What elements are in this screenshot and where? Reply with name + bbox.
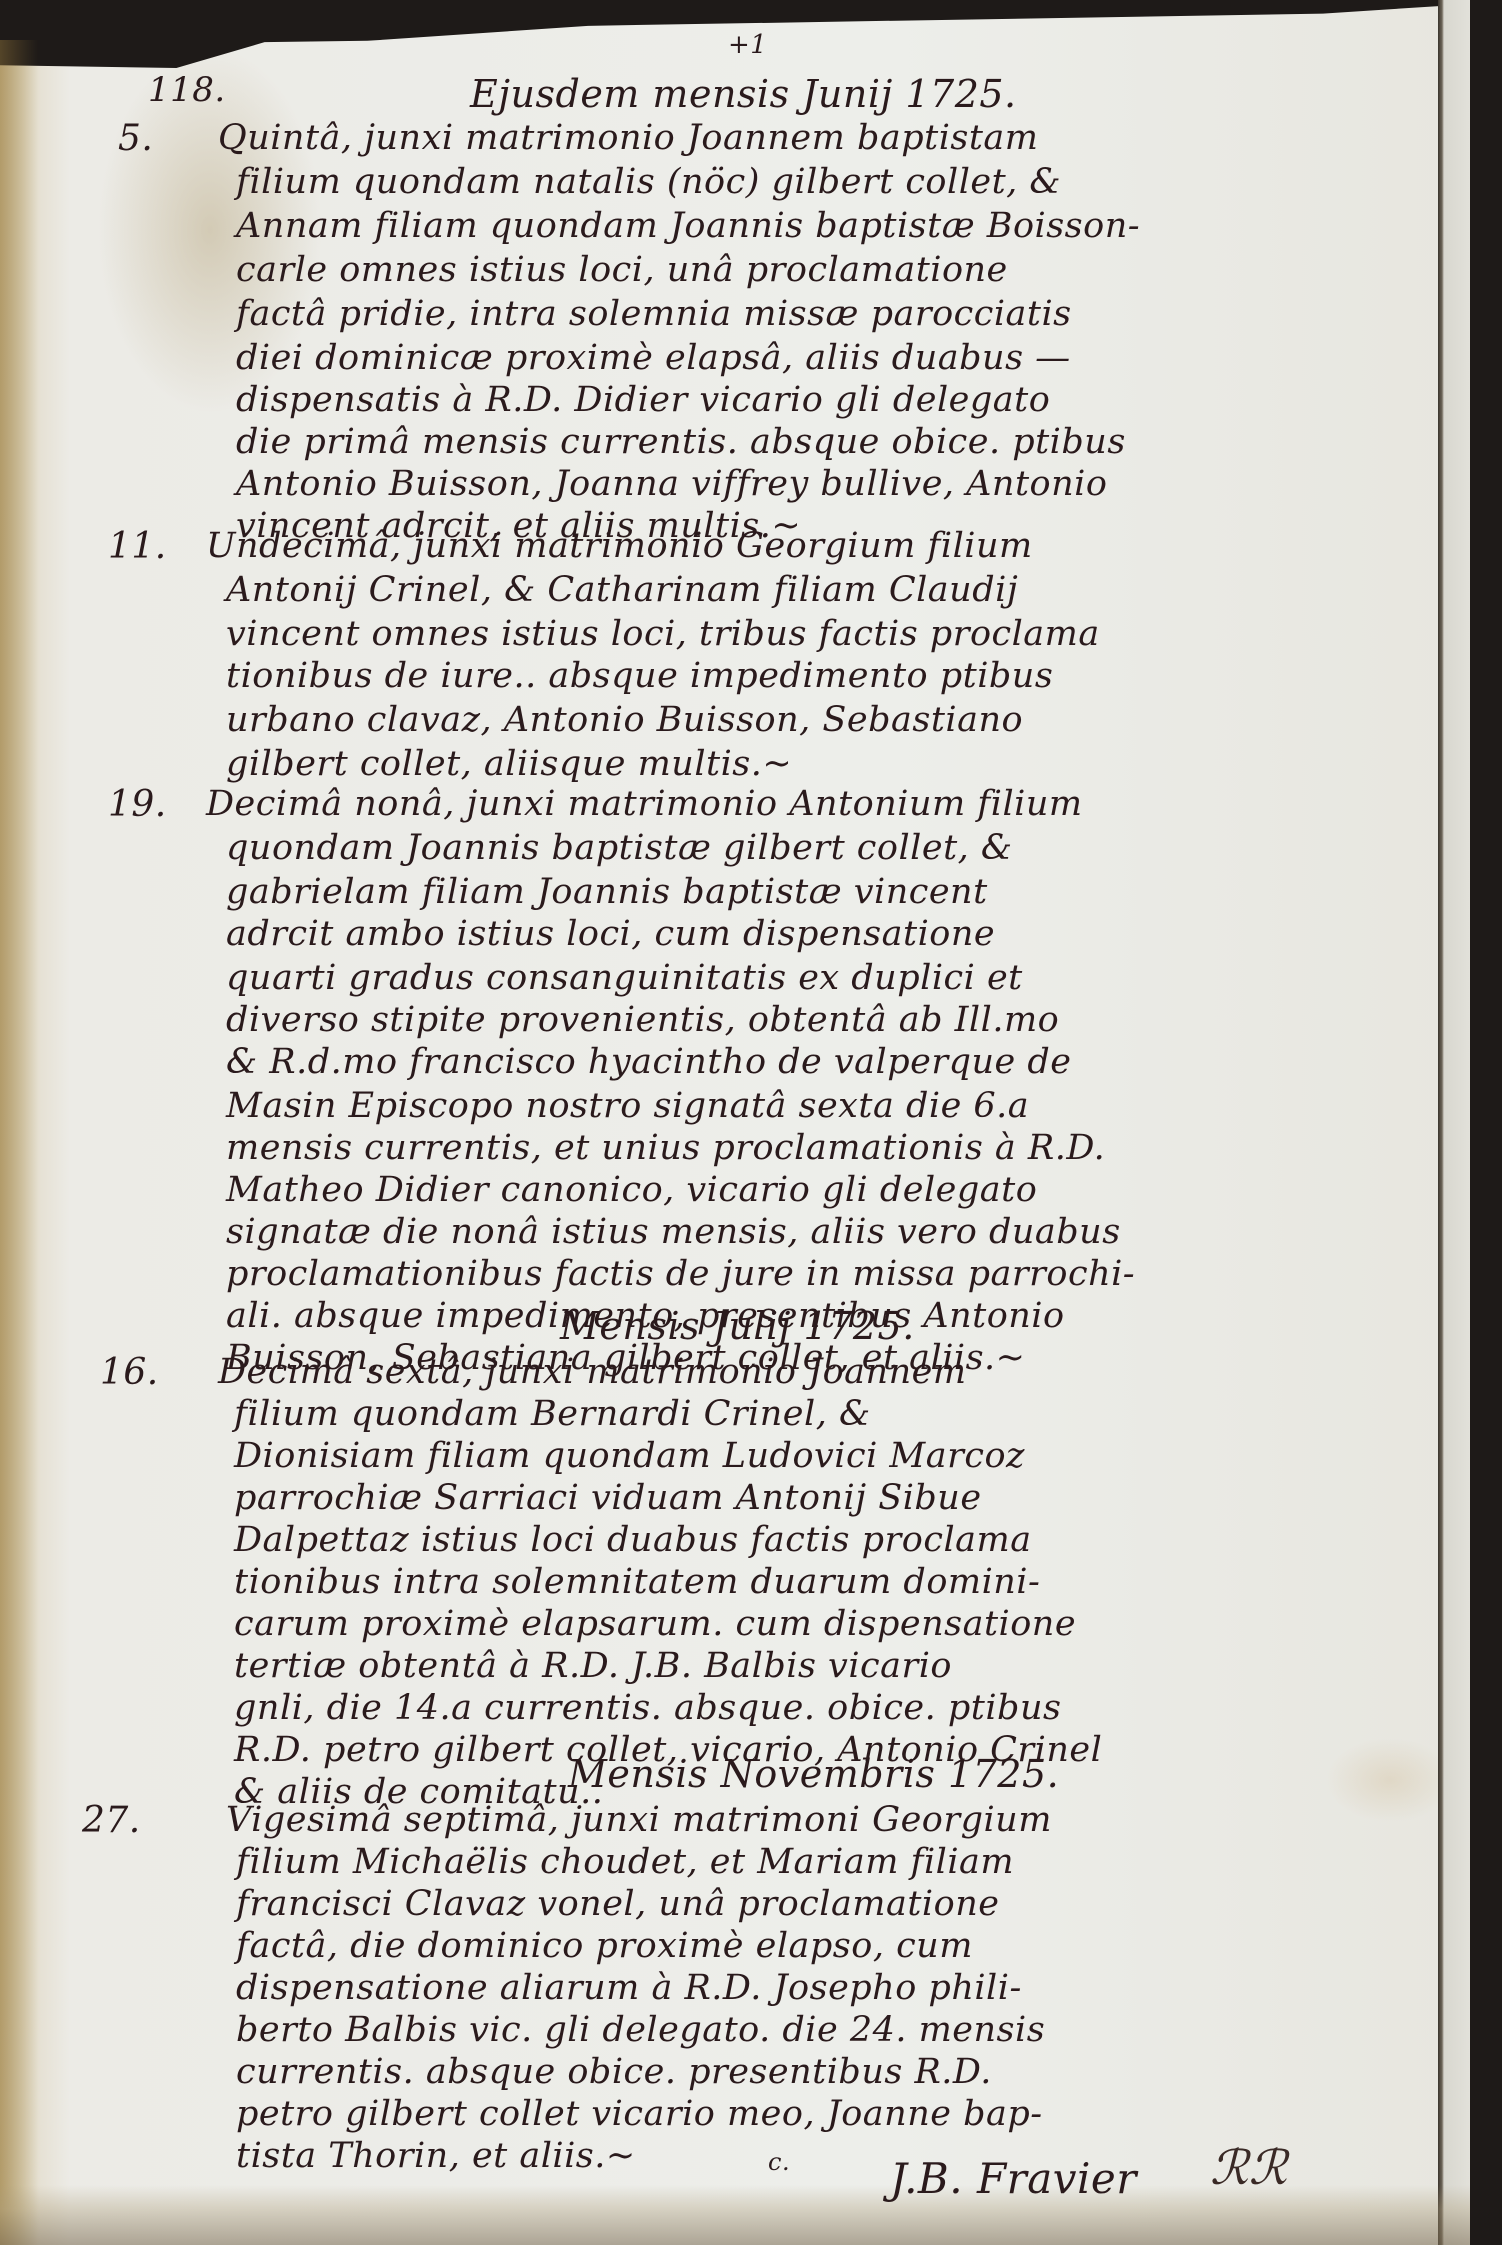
entry-line: vincent omnes istius loci, tribus factis… — [226, 614, 1100, 654]
entry-line: filium Michaëlis choudet, et Mariam fili… — [236, 1842, 1014, 1882]
entry-line: Decimâ sextâ, junxi matrimonio Joannem — [218, 1352, 967, 1392]
entry-line: carle omnes istius loci, unâ proclamatio… — [236, 250, 1008, 290]
entry-line: gilbert collet, aliisque multis.~ — [226, 744, 792, 784]
entry-line: currentis. absque obice. presentibus R.D… — [236, 2052, 992, 2092]
entry-line: & R.d.mo francisco hyacintho de valperqu… — [226, 1042, 1071, 1082]
entry-line: Vigesimâ septimâ, junxi matrimoni Georgi… — [226, 1800, 1052, 1840]
entry-line: Dionisiam filiam quondam Ludovici Marcoz — [234, 1436, 1025, 1476]
entry-day-16: 16. — [100, 1352, 159, 1393]
entry-line: Antonij Crinel, & Catharinam filiam Clau… — [226, 570, 1018, 610]
entry-line: tista Thorin, et aliis.~ — [236, 2136, 636, 2176]
entry-line: carum proximè elapsarum. cum dispensatio… — [234, 1604, 1076, 1644]
entry-line: Matheo Didier canonico, vicario gli dele… — [226, 1170, 1037, 1210]
entry-line: petro gilbert collet vicario meo, Joanne… — [236, 2094, 1043, 2134]
entry-line: dispensatis à R.D. Didier vicario gli de… — [236, 380, 1050, 420]
signature-mark: c. — [768, 2148, 790, 2176]
entry-line: gabrielam filiam Joannis baptistæ vincen… — [226, 872, 988, 912]
entry-line: die primâ mensis currentis. absque obice… — [236, 422, 1126, 462]
entry-line: diei dominicæ proximè elapsâ, aliis duab… — [236, 338, 1071, 378]
entry-line: tertiæ obtentâ à R.D. J.B. Balbis vicari… — [234, 1646, 952, 1686]
entry-day-19: 19. — [108, 784, 167, 825]
entry-line: diverso stipite provenientis, obtentâ ab… — [226, 1000, 1059, 1040]
entry-line: factâ, die dominico proximè elapso, cum — [236, 1926, 973, 1966]
entry-line: filium quondam natalis (nöc) gilbert col… — [236, 162, 1061, 202]
entry-line: factâ pridie, intra solemnia missæ paroc… — [236, 294, 1072, 334]
entry-line: urbano clavaz, Antonio Buisson, Sebastia… — [226, 700, 1023, 740]
manuscript-page: 118. +1 Ejusdem mensis Junij 1725. 5. Qu… — [0, 0, 1470, 2245]
priest-signature: J.B. Fravier — [890, 2154, 1137, 2203]
entry-line: Undecimâ, junxi matrimonio Georgium fili… — [206, 526, 1033, 566]
section-header-june: Ejusdem mensis Junij 1725. — [470, 72, 1017, 116]
binding-edge — [0, 40, 38, 2245]
entry-line: tionibus intra solemnitatem duarum domin… — [234, 1562, 1040, 1602]
entry-line: Quintâ, junxi matrimonio Joannem baptist… — [218, 118, 1038, 158]
entry-line: adrcit ambo istius loci, cum dispensatio… — [226, 914, 995, 954]
entry-line: Dalpettaz istius loci duabus factis proc… — [234, 1520, 1032, 1560]
entry-line: Antonio Buisson, Joanna viffrey bullive,… — [236, 464, 1107, 504]
entry-line: mensis currentis, et unius proclamationi… — [226, 1128, 1105, 1168]
entry-line: filium quondam Bernardi Crinel, & — [234, 1394, 871, 1434]
page-right-edge — [1438, 0, 1470, 2245]
section-header-july: Mensis Julij 1725. — [560, 1304, 915, 1348]
entry-day-11: 11. — [108, 526, 167, 567]
entry-line: gnli, die 14.a currentis. absque. obice.… — [234, 1688, 1061, 1728]
entry-line: Decimâ nonâ, junxi matrimonio Antonium f… — [206, 784, 1083, 824]
folio-mark: +1 — [728, 30, 767, 60]
entry-line: Annam filiam quondam Joannis baptistæ Bo… — [236, 206, 1140, 246]
entry-day-5: 5. — [118, 118, 153, 159]
signature-flourish: ℛℛ — [1210, 2140, 1288, 2196]
entry-line: quondam Joannis baptistæ gilbert collet,… — [226, 828, 1013, 868]
entry-line: tionibus de iure.. absque impedimento pt… — [226, 656, 1053, 696]
entry-line: francisci Clavaz vonel, unâ proclamation… — [236, 1884, 999, 1924]
entry-line: dispensatione aliarum à R.D. Josepho phi… — [236, 1968, 1022, 2008]
entry-line: quarti gradus consanguinitatis ex duplic… — [226, 958, 1023, 998]
entry-line: berto Balbis vic. gli delegato. die 24. … — [236, 2010, 1045, 2050]
entry-line: parrochiæ Sarriaci viduam Antonij Sibue — [234, 1478, 982, 1518]
entry-line: proclamationibus factis de jure in missa… — [226, 1254, 1135, 1294]
entry-line: Masin Episcopo nostro signatâ sexta die … — [226, 1086, 1029, 1126]
section-header-november: Mensis Novembris 1725. — [568, 1752, 1059, 1796]
folio-number: 118. — [148, 70, 226, 110]
entry-line: signatæ die nonâ istius mensis, aliis ve… — [226, 1212, 1121, 1252]
entry-day-27: 27. — [82, 1800, 141, 1841]
